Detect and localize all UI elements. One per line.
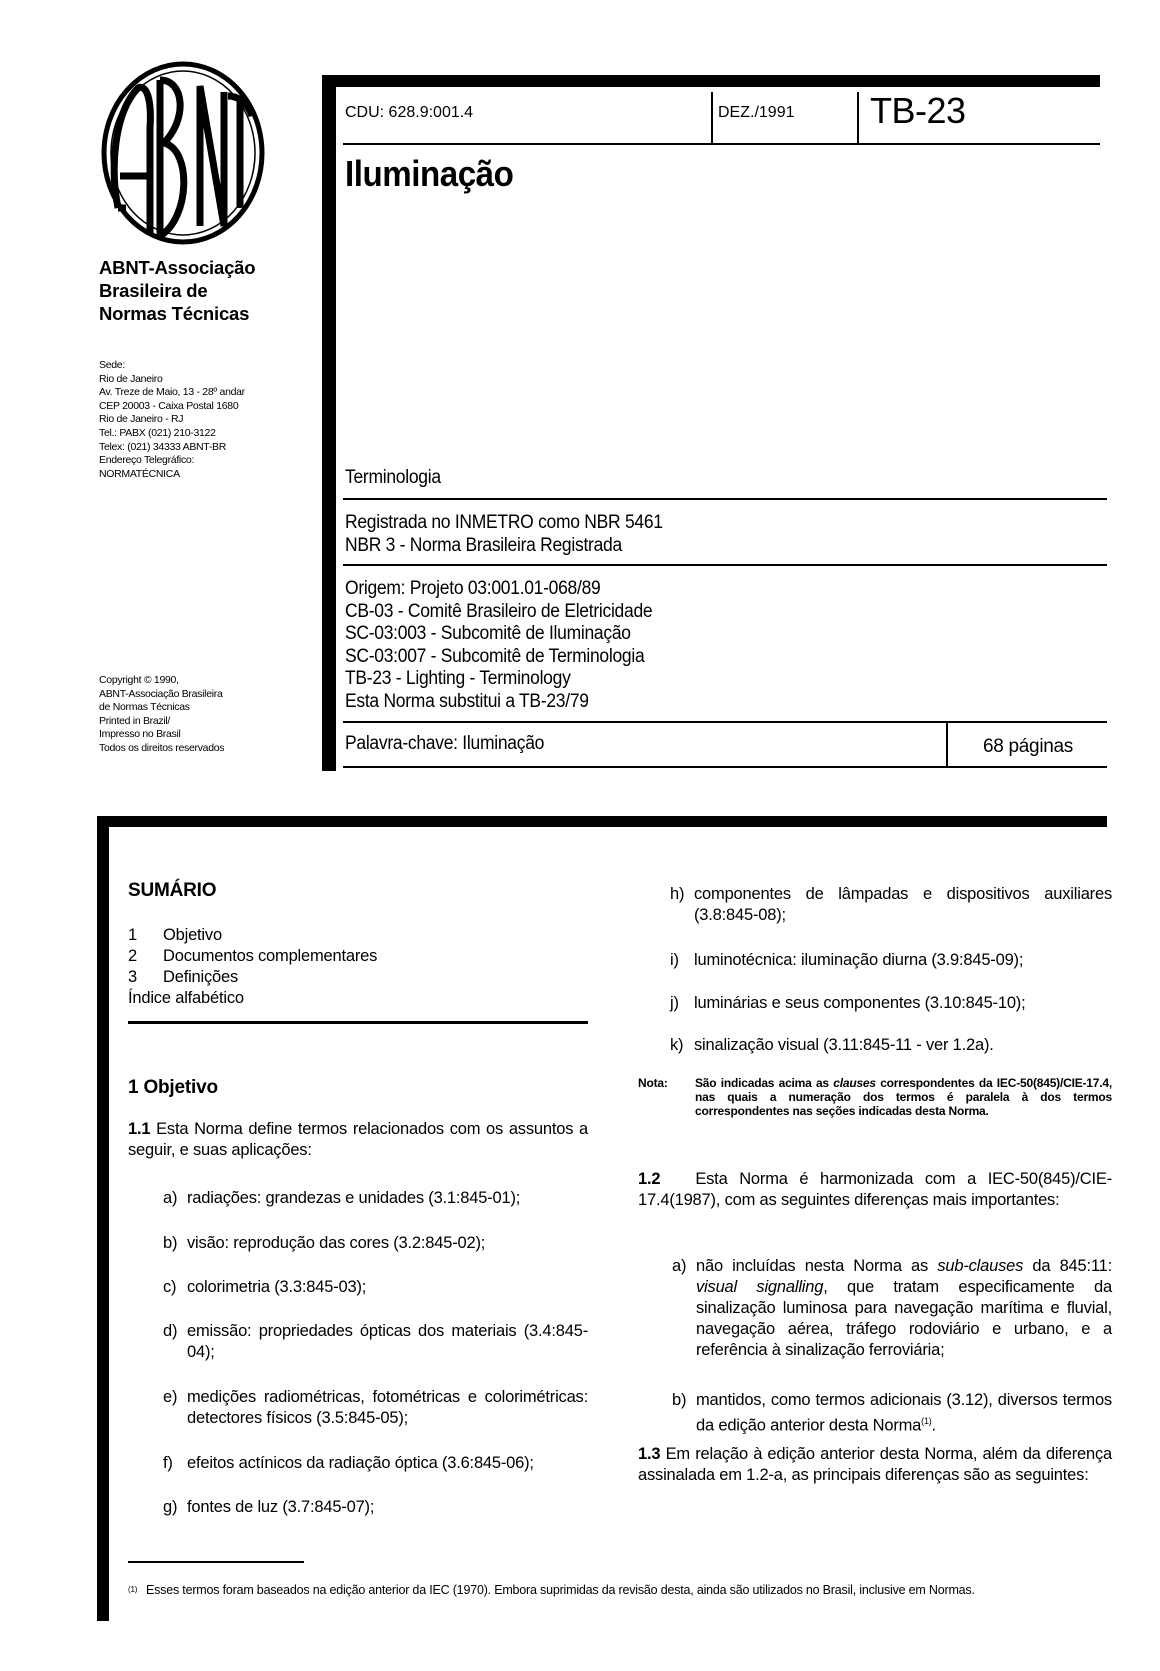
body-frame-left xyxy=(97,816,109,1621)
footnote-reference[interactable]: (1) xyxy=(921,1416,931,1426)
divider xyxy=(946,723,948,767)
document-title: Iluminação xyxy=(345,153,513,195)
footnote-divider xyxy=(128,1561,304,1563)
document-type: Terminologia xyxy=(345,467,441,490)
list-item: a) não incluídas nesta Norma as sub-clau… xyxy=(672,1256,1112,1361)
copyright-notice: Copyright © 1990, ABNT-Associação Brasil… xyxy=(99,674,224,756)
divider xyxy=(711,92,713,144)
section-heading: 1 Objetivo xyxy=(128,1077,218,1098)
list-item: g)fontes de luz (3.7:845-07); xyxy=(163,1497,588,1518)
page-count: 68 páginas xyxy=(983,736,1073,758)
list-item: d)emissão: propriedades ópticas dos mate… xyxy=(163,1321,588,1363)
body-frame-top xyxy=(97,816,1107,827)
list-item: j)luminárias e seus componentes (3.10:84… xyxy=(670,993,1112,1014)
paragraph-1-2: 1.2 Esta Norma é harmonizada com a IEC-5… xyxy=(638,1169,1112,1211)
list-item: h)componentes de lâmpadas e dispositivos… xyxy=(670,884,1112,926)
divider xyxy=(343,766,1107,768)
list-item: f)efeitos actínicos da radiação óptica (… xyxy=(163,1453,588,1474)
registration-info: Registrada no INMETRO como NBR 5461 NBR … xyxy=(345,512,663,557)
divider xyxy=(343,721,1107,723)
list-item: a)radiações: grandezas e unidades (3.1:8… xyxy=(163,1188,588,1209)
paragraph-1-3: 1.3 Em relação à edição anterior desta N… xyxy=(638,1444,1112,1486)
list-item: k)sinalização visual (3.11:845-11 - ver … xyxy=(670,1035,1112,1056)
note: Nota: São indicadas acima as clauses cor… xyxy=(638,1076,1112,1118)
summary-item: 3 Definições xyxy=(128,967,588,988)
paragraph-1-1: 1.1 Esta Norma define termos relacionado… xyxy=(128,1119,588,1161)
divider xyxy=(128,1021,588,1024)
keyword: Palavra-chave: Iluminação xyxy=(345,733,544,756)
list-item: i)luminotécnica: iluminação diurna (3.9:… xyxy=(670,950,1112,971)
organization-name: ABNT-Associação Brasileira de Normas Téc… xyxy=(99,256,255,325)
header-frame-left xyxy=(322,75,336,771)
list-item: b)visão: reprodução das cores (3.2:845-0… xyxy=(163,1233,588,1254)
summary-item: 2 Documentos complementares xyxy=(128,946,588,967)
abnt-logo xyxy=(98,58,268,248)
list-item: e)medições radiométricas, fotométricas e… xyxy=(163,1387,588,1429)
summary-list: 1 Objetivo 2 Documentos complementares 3… xyxy=(128,925,588,1009)
header-frame-top xyxy=(322,75,1100,87)
summary-title: SUMÁRIO xyxy=(128,880,216,901)
divider xyxy=(343,143,1100,145)
divider xyxy=(343,564,1107,566)
origin-info: Origem: Projeto 03:001.01-068/89 CB-03 -… xyxy=(345,578,652,713)
organization-address: Sede: Rio de Janeiro Av. Treze de Maio, … xyxy=(99,359,245,481)
footnote: (1) Esses termos foram baseados na ediçã… xyxy=(128,1582,1113,1598)
divider xyxy=(857,92,859,144)
list-item: b) mantidos, como termos adicionais (3.1… xyxy=(672,1390,1112,1437)
list-item: c)colorimetria (3.3:845-03); xyxy=(163,1277,588,1298)
publication-date: DEZ./1991 xyxy=(718,104,794,122)
abnt-logo-icon xyxy=(98,58,268,248)
cdu-code: CDU: 628.9:001.4 xyxy=(345,104,473,122)
standard-code: TB-23 xyxy=(870,90,966,132)
summary-index: Índice alfabético xyxy=(128,988,588,1009)
divider xyxy=(343,498,1107,500)
summary-item: 1 Objetivo xyxy=(128,925,588,946)
